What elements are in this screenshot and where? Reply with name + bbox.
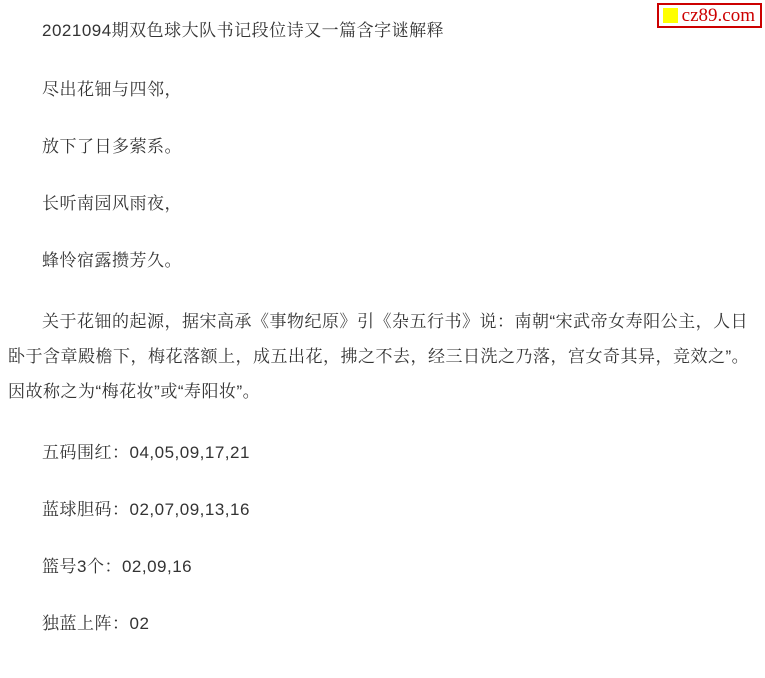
- poem-line-3: 长听南园风雨夜，: [8, 186, 757, 221]
- explanation-paragraph: 关于花钿的起源，据宋高承《事物纪原》引《杂五行书》说：南朝“宋武帝女寿阳公主，人…: [8, 304, 757, 409]
- prediction-red-balls: 五码围红：04,05,09,17,21: [8, 435, 757, 470]
- poem-line-4: 蜂怜宿露攒芳久。: [8, 243, 757, 278]
- article-body: 2021094期双色球大队书记段位诗又一篇含字谜解释 尽出花钿与四邻， 放下了日…: [0, 13, 765, 641]
- poem-line-1: 尽出花钿与四邻，: [8, 72, 757, 107]
- logo-text: cz89.com: [682, 6, 755, 25]
- poem-line-2: 放下了日多萦系。: [8, 129, 757, 164]
- article-title: 2021094期双色球大队书记段位诗又一篇含字谜解释: [8, 13, 757, 48]
- prediction-blue-three: 篮号3个：02,09,16: [8, 549, 757, 584]
- logo-square-icon: [663, 8, 678, 23]
- prediction-single-blue: 独蓝上阵：02: [8, 606, 757, 641]
- site-logo[interactable]: cz89.com: [657, 3, 762, 28]
- prediction-blue-dan: 蓝球胆码：02,07,09,13,16: [8, 492, 757, 527]
